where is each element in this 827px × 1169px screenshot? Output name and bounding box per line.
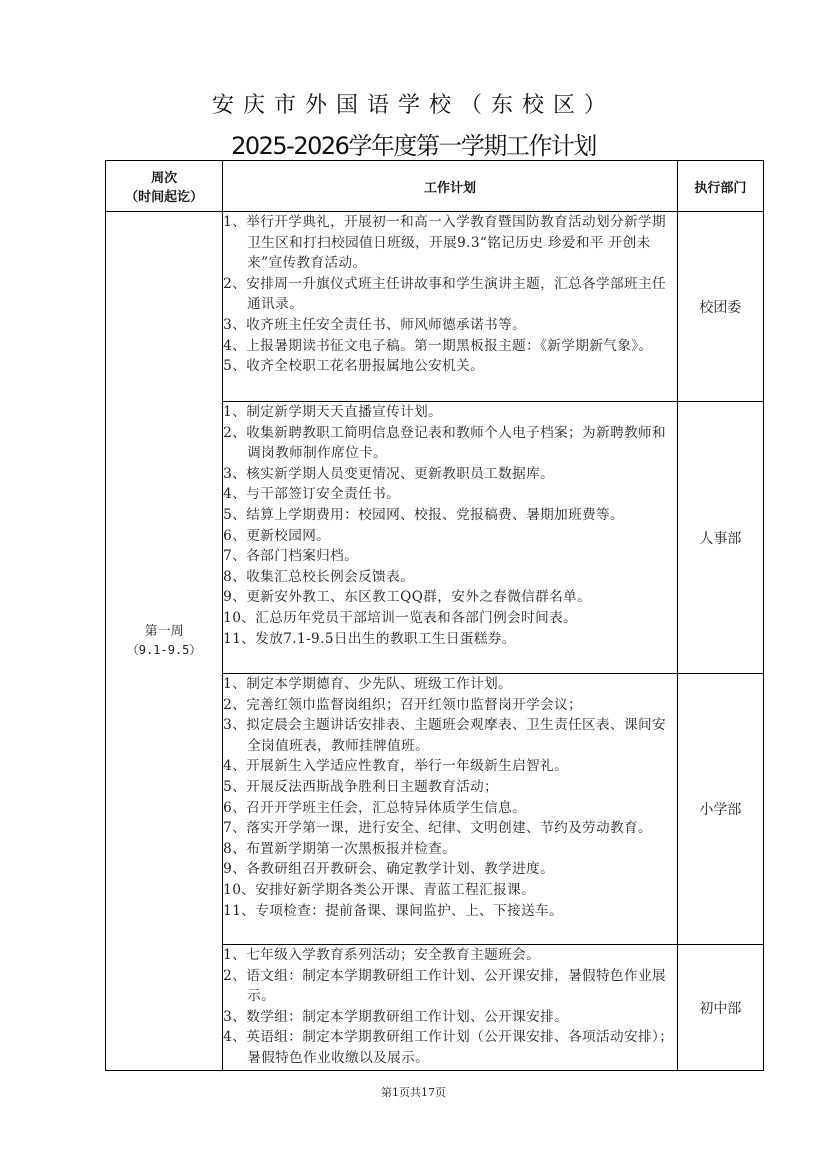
plan-cell: 1、制定本学期德育、少先队、班级工作计划。 2、完善红领巾监督岗组织；召开红领巾…: [223, 674, 678, 945]
plan-list: 1、制定本学期德育、少先队、班级工作计划。 2、完善红领巾监督岗组织；召开红领巾…: [223, 674, 677, 921]
list-item: 3、收齐班主任安全责任书、师风师德承诺书等。: [223, 315, 677, 336]
header-week-period: （时间起讫）: [106, 186, 222, 205]
week-range: （9.1-9.5）: [106, 641, 222, 660]
list-item: 11、专项检查：提前备课、课间监护、上、下接送车。: [223, 901, 677, 922]
list-item: 1、制定本学期德育、少先队、班级工作计划。: [223, 674, 677, 695]
header-week-label: 周次: [106, 167, 222, 186]
list-item: 8、布置新学期第一次黑板报并检查。: [223, 839, 677, 860]
header-week: 周次 （时间起讫）: [106, 161, 223, 212]
week-label: 第一周: [106, 622, 222, 641]
work-plan-table: 周次 （时间起讫） 工作计划 执行部门 第一周 （9.1-9.5） 1、举行开学…: [105, 160, 764, 1071]
plan-list: 1、举行开学典礼，开展初一和高一入学教育暨国防教育活动划分新学期卫生区和打扫校园…: [223, 212, 677, 377]
school-title: 安庆市外国语学校（东校区）: [0, 88, 827, 119]
department-cell: 校团委: [677, 212, 763, 402]
list-item: 1、举行开学典礼，开展初一和高一入学教育暨国防教育活动划分新学期卫生区和打扫校园…: [223, 212, 677, 274]
list-item: 9、更新安外教工、东区教工QQ群，安外之春微信群名单。: [223, 587, 677, 608]
list-item: 3、核实新学期人员变更情况、更新教职员工数据库。: [223, 464, 677, 485]
list-item: 11、发放7.1-9.5日出生的教职工生日蛋糕券。: [223, 629, 677, 650]
week-cell: 第一周 （9.1-9.5）: [106, 212, 223, 1071]
list-item: 6、更新校园网。: [223, 526, 677, 547]
list-item: 7、落实开学第一课，进行安全、纪律、文明创建、节约及劳动教育。: [223, 818, 677, 839]
list-item: 2、完善红领巾监督岗组织；召开红领巾监督岗开学会议；: [223, 695, 677, 716]
list-item: 5、收齐全校职工花名册报属地公安机关。: [223, 356, 677, 377]
list-item: 3、拟定晨会主题讲话安排表、主题班会观摩表、卫生责任区表、课间安全岗值班表，教师…: [223, 715, 677, 756]
list-item: 4、开展新生入学适应性教育，举行一年级新生启智礼。: [223, 756, 677, 777]
plan-list: 1、七年级入学教育系列活动；安全教育主题班会。 2、语文组：制定本学期教研组工作…: [223, 945, 677, 1069]
table-header-row: 周次 （时间起讫） 工作计划 执行部门: [106, 161, 764, 212]
page-indicator: 第1页共17页: [0, 1084, 827, 1100]
department-cell: 小学部: [677, 674, 763, 945]
department-cell: 初中部: [677, 945, 763, 1071]
list-item: 1、制定新学期天天直播宣传计划。: [223, 402, 677, 423]
list-item: 4、英语组：制定本学期教研组工作计划（公开课安排、各项活动安排）；暑假特色作业收…: [223, 1027, 677, 1068]
department-cell: 人事部: [677, 402, 763, 674]
plan-cell: 1、七年级入学教育系列活动；安全教育主题班会。 2、语文组：制定本学期教研组工作…: [223, 945, 678, 1071]
list-item: 2、安排周一升旗仪式班主任讲故事和学生演讲主题，汇总各学部班主任通讯录。: [223, 274, 677, 315]
list-item: 6、召开开学班主任会，汇总特异体质学生信息。: [223, 798, 677, 819]
list-item: 4、与干部签订安全责任书。: [223, 484, 677, 505]
list-item: 4、上报暑期读书征文电子稿。第一期黑板报主题：《新学期新气象》。: [223, 336, 677, 357]
list-item: 3、数学组：制定本学期教研组工作计划、公开课安排。: [223, 1007, 677, 1028]
header-department: 执行部门: [677, 161, 763, 212]
plan-cell: 1、举行开学典礼，开展初一和高一入学教育暨国防教育活动划分新学期卫生区和打扫校园…: [223, 212, 678, 402]
list-item: 9、各教研组召开教研会、确定教学计划、教学进度。: [223, 859, 677, 880]
list-item: 5、开展反法西斯战争胜利日主题教育活动；: [223, 777, 677, 798]
list-item: 5、结算上学期费用：校园网、校报、党报稿费、暑期加班费等。: [223, 505, 677, 526]
plan-title: 2025-2026学年度第一学期工作计划: [0, 126, 827, 161]
plan-list: 1、制定新学期天天直播宣传计划。 2、收集新聘教职工简明信息登记表和教师个人电子…: [223, 402, 677, 649]
table-row: 第一周 （9.1-9.5） 1、举行开学典礼，开展初一和高一入学教育暨国防教育活…: [106, 212, 764, 402]
list-item: 10、安排好新学期各类公开课、青蓝工程汇报课。: [223, 880, 677, 901]
list-item: 2、收集新聘教职工简明信息登记表和教师个人电子档案；为新聘教师和调岗教师制作席位…: [223, 423, 677, 464]
list-item: 1、七年级入学教育系列活动；安全教育主题班会。: [223, 945, 677, 966]
list-item: 10、汇总历年党员干部培训一览表和各部门例会时间表。: [223, 608, 677, 629]
plan-cell: 1、制定新学期天天直播宣传计划。 2、收集新聘教职工简明信息登记表和教师个人电子…: [223, 402, 678, 674]
header-plan: 工作计划: [223, 161, 678, 212]
list-item: 7、各部门档案归档。: [223, 546, 677, 567]
list-item: 2、语文组：制定本学期教研组工作计划、公开课安排，暑假特色作业展示。: [223, 966, 677, 1007]
list-item: 8、收集汇总校长例会反馈表。: [223, 567, 677, 588]
